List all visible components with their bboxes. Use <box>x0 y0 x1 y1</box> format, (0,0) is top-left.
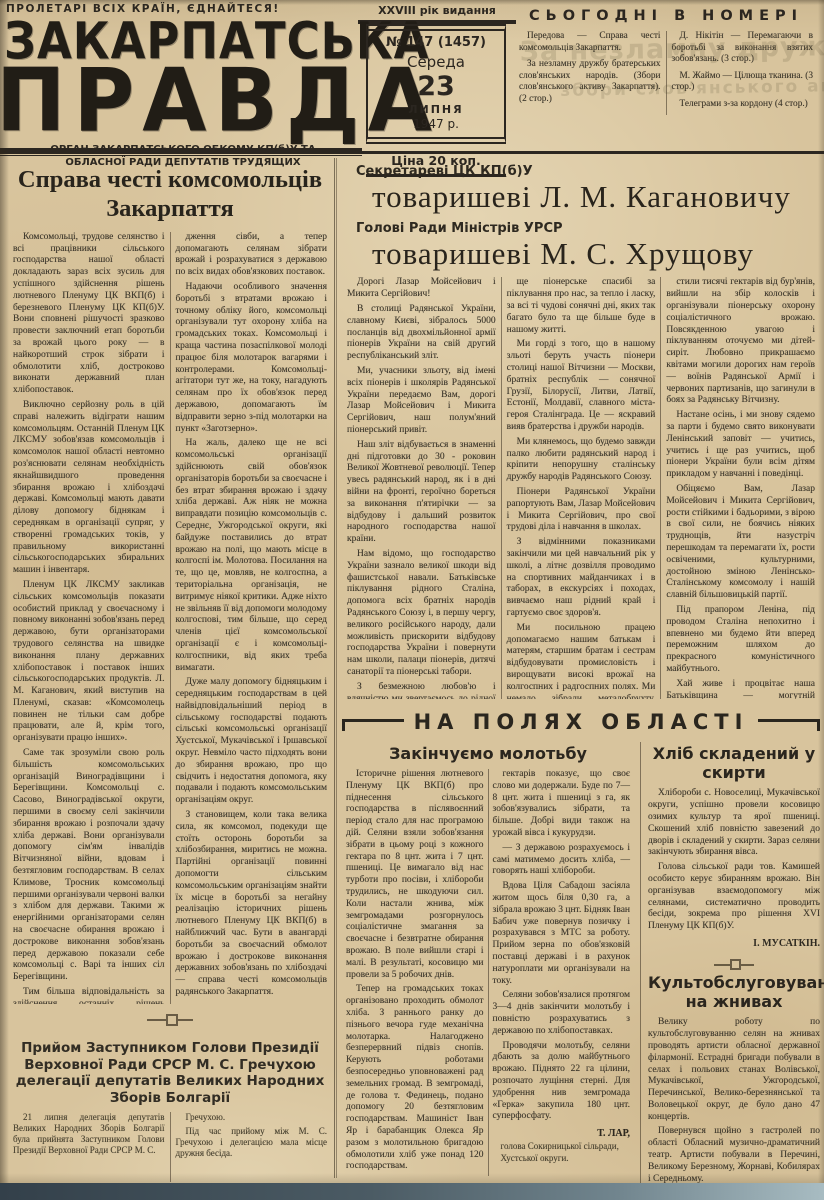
today-column-2: Д. Нікітін — Перемагаючи в боротьбі за в… <box>666 31 819 115</box>
paragraph: Дорогі Лазар Мойсейович і Микита Сергійо… <box>347 277 496 301</box>
scan-edge-left <box>0 0 9 1200</box>
paragraph: В столиці Радянської України, славному К… <box>347 304 496 363</box>
paragraph: гектарів показує, що своє слово ми додер… <box>493 769 631 840</box>
paragraph: — З державою розрахуємось і самі матимем… <box>493 843 631 878</box>
paragraph: 21 липня делегація депутатів Великих Нар… <box>13 1112 165 1156</box>
stacks-article-text: Хлібороби с. Новоселиці, Мукачівської ок… <box>648 788 820 933</box>
letter-headline-1: товаришеві Л. М. Кагановичу <box>372 180 820 215</box>
letter-kicker-2: Голові Ради Міністрів УРСР <box>356 221 820 236</box>
issue-info-column: № 147 (1457) Середа 23 ЛИПНЯ 1947 р. Цін… <box>366 24 506 177</box>
today-column-1: Передова — Справа честі комсомольців Зак… <box>514 31 666 115</box>
today-item: М. Жаймо — Цілюща тканина. (3 стор.) <box>672 71 814 94</box>
paragraph: З відмінними показниками закінчили ми це… <box>507 537 656 620</box>
lead-article-column-2: дження сівби, а тепер допомагають селяна… <box>170 232 333 1004</box>
paragraph: Комсомольці, трудове селянство і всі пра… <box>13 232 165 397</box>
threshing-article: Закінчуємо молотьбу Історичне рішення лю… <box>342 742 641 1188</box>
paragraph: Велику роботу по культобслуговуванню сел… <box>648 1017 820 1123</box>
paragraph: На жаль, далеко ще не всі комсомольські … <box>176 438 328 674</box>
threshing-signature: Т. ЛАР, <box>493 1128 631 1140</box>
greeting-letter-article: Секретареві ЦК КП(б)У товаришеві Л. М. К… <box>342 160 820 699</box>
paragraph: Ми горді з того, що в нашому зльоті беру… <box>507 339 656 433</box>
divider-ornament <box>714 958 754 966</box>
letter-column-2: ще піонерське спасибі за піклування про … <box>501 277 661 699</box>
masthead: ЗАКАРПАТСЬКА ПРАВДА ОРГАН ЗАКАРПАТСЬКОГО… <box>4 16 362 169</box>
paragraph: Наш зліт відбувається в знаменні дні під… <box>347 440 496 546</box>
threshing-title: Закінчуємо молотьбу <box>342 744 634 763</box>
paragraph: Нам відомо, що господарство України зазн… <box>347 549 496 679</box>
paragraph: Хай живе і процвітає наша Батьківщина — … <box>666 679 815 700</box>
culture-article-text: Велику роботу по культобслуговуванню сел… <box>648 1017 820 1185</box>
paragraph: Саме так зрозуміли свою роль більшість к… <box>13 748 165 984</box>
letter-column-1: Дорогі Лазар Мойсейович і Микита Сергійо… <box>342 277 501 699</box>
bracket-rule-left <box>342 719 404 731</box>
paragraph: Пленум ЦК ЛКСМУ закликав сільських комсо… <box>13 580 165 745</box>
paragraph: Проводячи молотьбу, селяни дбають за дол… <box>493 1041 631 1124</box>
paragraph: ще піонерське спасибі за піклування про … <box>507 277 656 336</box>
scan-band-bottom <box>0 1183 824 1200</box>
reception-column-1: 21 липня делегація депутатів Великих Нар… <box>8 1112 170 1182</box>
paragraph: Тим більша відповідальність за здійсненн… <box>13 987 165 1004</box>
paragraph: Ми посильною працею допомагаємо нашим ба… <box>507 623 656 700</box>
header-rule <box>0 151 824 154</box>
paragraph: Ми, учасники зльоту, від імені всіх піон… <box>347 366 496 437</box>
scan-shadow-bottom <box>0 1173 824 1183</box>
today-item: Передова — Справа честі комсомольців Зак… <box>519 31 661 54</box>
paragraph: Надаючи особливого значення боротьбі з в… <box>176 282 328 435</box>
paragraph: Під час прийому між М. С. Гречухою і дел… <box>176 1126 328 1159</box>
paragraph: Історичне рішення лютневого Пленуму ЦК В… <box>346 769 484 981</box>
paragraph: Гречухою. <box>176 1112 328 1123</box>
paragraph: Дуже малу допомогу бідняцьким і середняц… <box>176 677 328 807</box>
letter-column-3: стили тисячі гектарів від бур'янів, вийш… <box>660 277 820 699</box>
threshing-signature-role-2: Хустської округи. <box>493 1153 631 1164</box>
today-item: Телеграми з-за кордону (4 стор.) <box>672 99 814 111</box>
paragraph: З безмежною любов'ю і вдячністю ми зверт… <box>347 682 496 700</box>
divider-ornament <box>147 1012 193 1021</box>
issue-day: 23 <box>370 73 502 100</box>
newspaper-page: ПРОЛЕТАРІ ВСІХ КРАЇН, ЄДНАЙТЕСЯ! XXVIII … <box>0 0 824 1200</box>
paragraph: Голова сільської ради тов. Камишей особи… <box>648 862 820 933</box>
paragraph: Ми клянемось, що будемо завжди палко люб… <box>507 437 656 484</box>
lead-article: Справа честі комсомольців Закарпаття Ком… <box>8 162 332 1023</box>
paragraph: дження сівби, а тепер допомагають селяна… <box>176 232 328 279</box>
today-item: Д. Нікітін — Перемагаючи в боротьбі за в… <box>672 31 814 66</box>
letter-kicker-1: Секретареві ЦК КП(б)У <box>356 164 820 179</box>
fields-section-title: НА ПОЛЯХ ОБЛАСТІ <box>414 710 749 734</box>
issue-year: 1947 р. <box>370 117 502 131</box>
letter-headline-2: товаришеві М. С. Хрущову <box>372 237 820 272</box>
lead-article-column-1: Комсомольці, трудове селянство і всі пра… <box>8 232 170 1004</box>
issue-box: № 147 (1457) Середа 23 ЛИПНЯ 1947 р. <box>366 24 506 144</box>
right-articles-column: Хліб складений у скирти Хлібороби с. Нов… <box>641 742 820 1188</box>
bracket-rule-right <box>758 719 820 731</box>
fields-section-header: НА ПОЛЯХ ОБЛАСТІ <box>342 710 820 734</box>
today-item: За незламну дружбу братерських слов'янсь… <box>519 59 661 105</box>
paragraph: Тепер на громадських токах організовано … <box>346 984 484 1173</box>
paragraph: З становищем, коли така велика сила, як … <box>176 810 328 999</box>
reception-article: Прийом Заступником Голови Президії Верхо… <box>8 1040 332 1182</box>
paragraph: Селяни зобов'язалися протягом 3—4 днів з… <box>493 990 631 1037</box>
threshing-column-1: Історичне рішення лютневого Пленуму ЦК В… <box>342 769 488 1176</box>
stacks-signature: І. МУСАТКІН. <box>648 938 820 949</box>
stacks-title: Хліб складений у скирти <box>648 744 820 782</box>
paragraph: Під прапором Леніна, під проводом Сталін… <box>666 605 815 676</box>
masthead-rule-thin <box>0 155 362 156</box>
newspaper-title-line2: ПРАВДА <box>0 61 362 141</box>
today-header: СЬОГОДНІ В НОМЕРІ <box>514 8 818 24</box>
threshing-signature-role-1: голова Сокирницької сільради, <box>493 1141 631 1152</box>
fields-of-region-section: НА ПОЛЯХ ОБЛАСТІ Закінчуємо молотьбу Іст… <box>342 710 820 1188</box>
reception-title: Прийом Заступником Голови Президії Верхо… <box>8 1040 332 1106</box>
issue-weekday: Середа <box>370 53 502 71</box>
lead-article-title: Справа честі комсомольців Закарпаття <box>8 166 332 224</box>
paragraph: Піонери Радянської України рапортують Ва… <box>507 487 656 534</box>
paragraph: Настане осінь, і ми знову сядемо за парт… <box>666 410 815 481</box>
today-in-issue: За незламну дружбу братерськ збори слов'… <box>514 8 818 115</box>
scan-edge-right <box>818 0 824 1200</box>
paragraph: Вдова Ціля Сабадош засіяла житом щось бі… <box>493 881 631 987</box>
paragraph: Хлібороби с. Новоселиці, Мукачівської ок… <box>648 788 820 859</box>
culture-title: Культобслуговування на жнивах <box>648 973 820 1011</box>
threshing-column-2: гектарів показує, що своє слово ми додер… <box>488 769 635 1176</box>
issue-month: ЛИПНЯ <box>370 103 502 116</box>
paragraph: Обіцяємо Вам, Лазар Мойсейович і Микита … <box>666 484 815 602</box>
paragraph: Виключно серйозну роль в цій справі нале… <box>13 400 165 577</box>
reception-column-2: Гречухою.Під час прийому між М. С. Гречу… <box>170 1112 333 1182</box>
paragraph: стили тисячі гектарів від бур'янів, вийш… <box>666 277 815 407</box>
scan-edge-top <box>0 0 824 5</box>
issue-number: № 147 (1457) <box>370 35 502 50</box>
threshing-column-2-text: гектарів показує, що своє слово ми додер… <box>493 769 631 1123</box>
column-divider-main <box>334 158 337 1178</box>
